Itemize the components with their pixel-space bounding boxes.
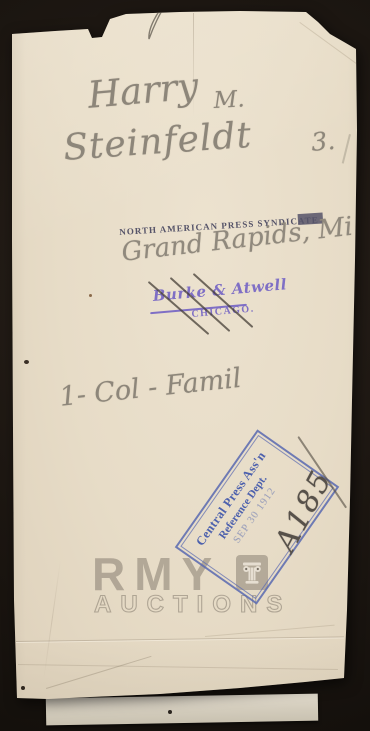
paper-speck bbox=[89, 294, 92, 297]
photo-backdrop: RMY AUCTIONS Harry M. Steinfeldt bbox=[0, 0, 370, 731]
cut-off-pencil-mark bbox=[342, 134, 351, 163]
tape-hole bbox=[168, 710, 172, 714]
pencil-checkmark bbox=[138, 2, 172, 42]
handwritten-last-name: Steinfeldt bbox=[62, 115, 253, 169]
crease-line bbox=[18, 664, 338, 670]
crease-line bbox=[299, 22, 356, 64]
paper-speck bbox=[336, 682, 340, 686]
photo-paper-verso: RMY AUCTIONS Harry M. Steinfeldt bbox=[0, 0, 370, 731]
crease-line bbox=[43, 560, 61, 679]
paper-speck bbox=[21, 686, 25, 690]
handwritten-middle-initial: M. bbox=[213, 86, 245, 114]
crease-line bbox=[46, 656, 151, 689]
pinhole bbox=[24, 360, 29, 364]
handwritten-notation: 1- Col - Famil bbox=[58, 363, 243, 413]
crease-line bbox=[205, 625, 335, 637]
handwritten-first-name: Harry bbox=[86, 64, 200, 116]
handwritten-number: 3. bbox=[310, 126, 336, 157]
photo-paper-shadow: RMY AUCTIONS Harry M. Steinfeldt bbox=[0, 0, 370, 731]
